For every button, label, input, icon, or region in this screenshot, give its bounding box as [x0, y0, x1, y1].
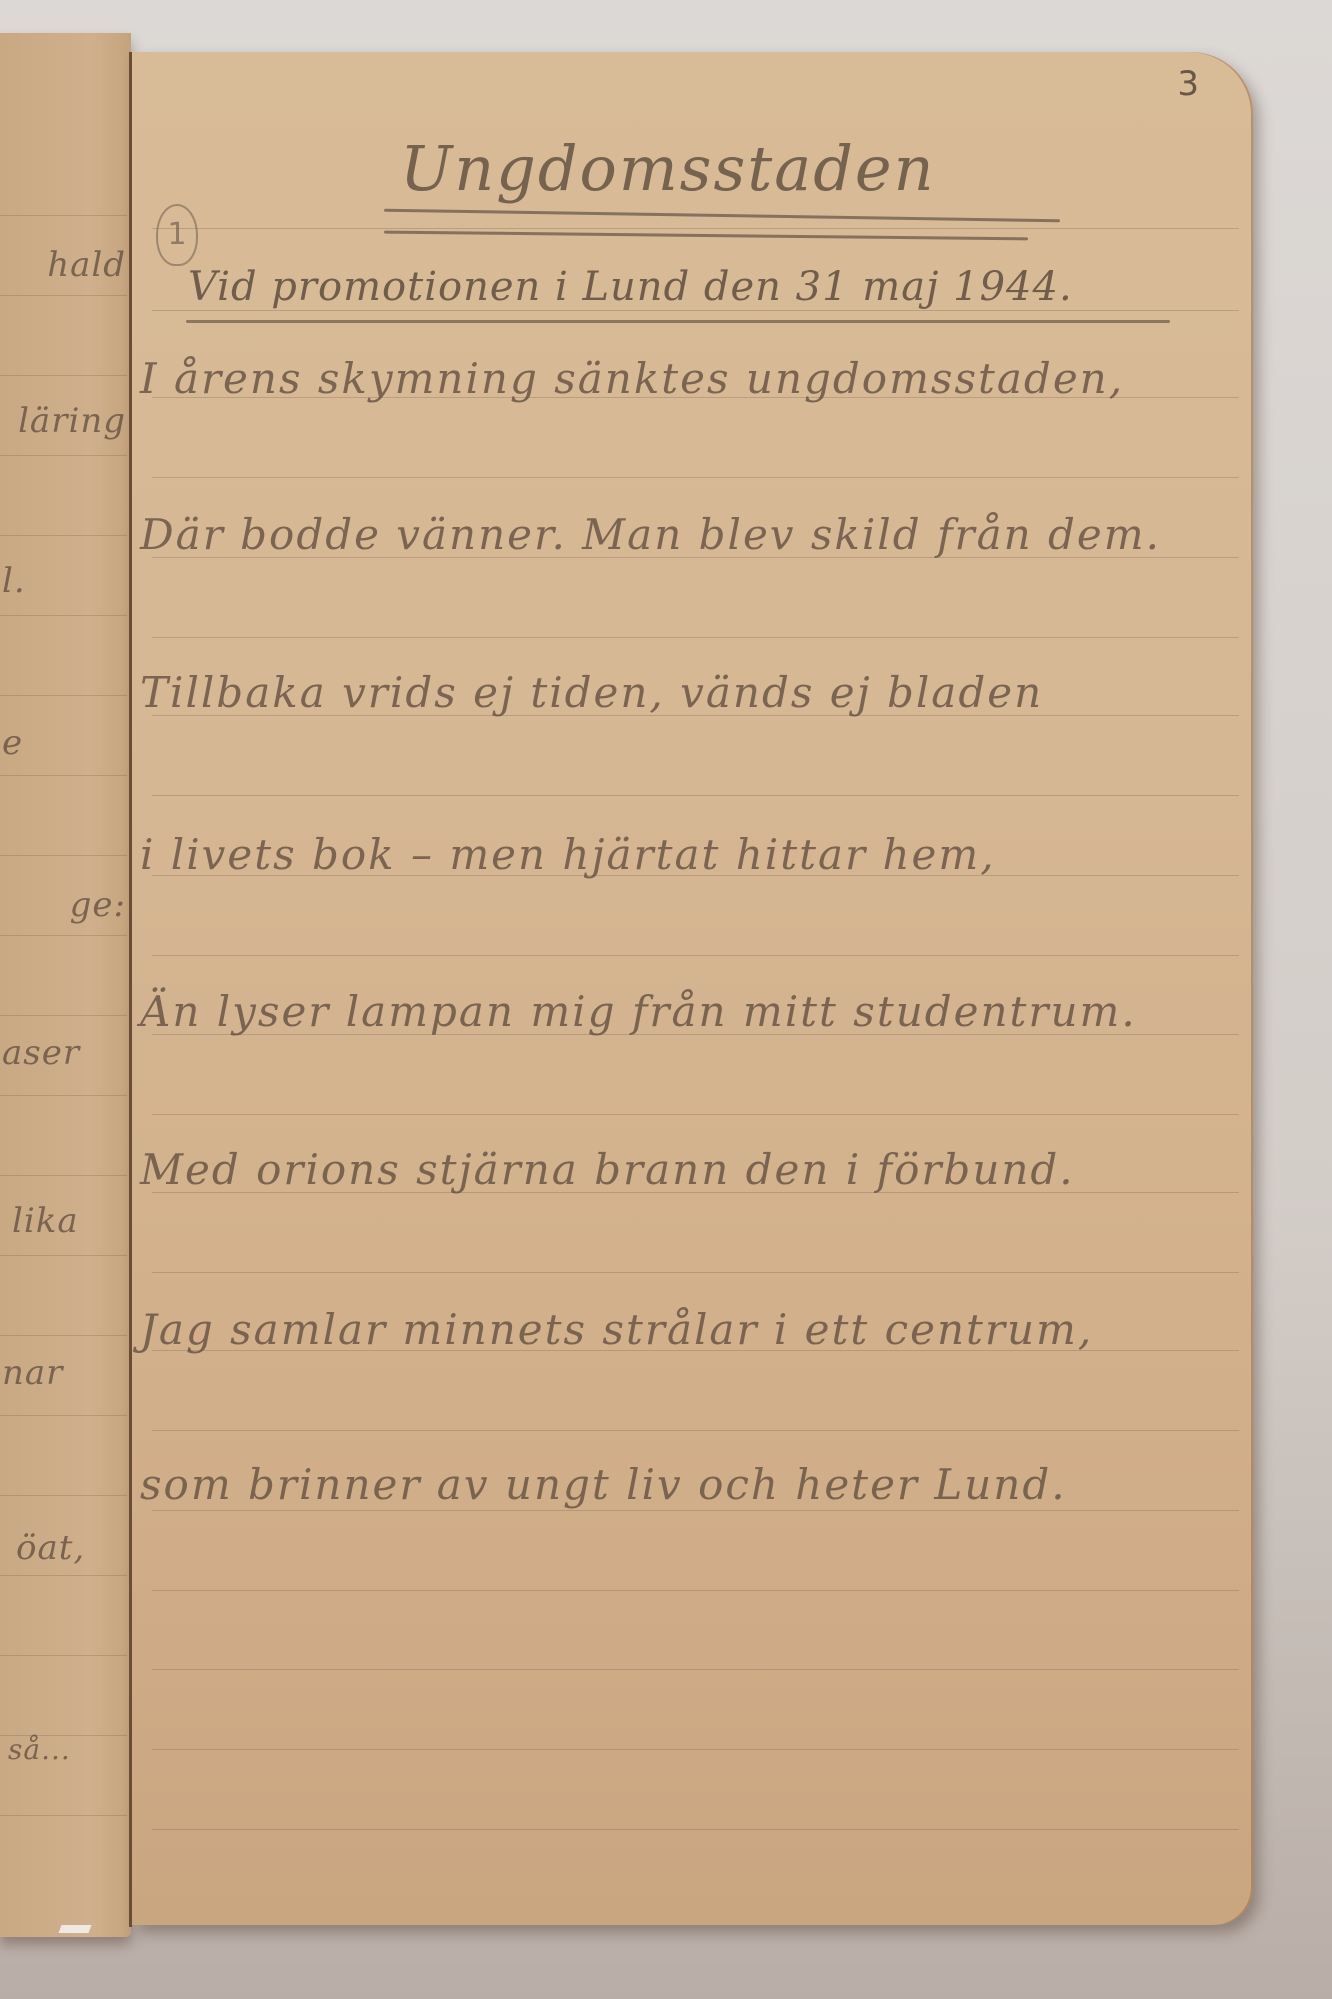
facing-page-fragment: hald [2, 245, 126, 285]
facing-page-fragment: nar [2, 1353, 126, 1393]
title-underline [384, 209, 1060, 223]
subtitle-underline [186, 320, 1170, 323]
ruled-line [152, 1590, 1239, 1591]
ruled-line [152, 637, 1239, 638]
poem-subtitle: Vid promotionen i Lund den 31 maj 1944. [188, 264, 1073, 310]
ruled-line [0, 855, 127, 856]
notebook-page: 3 Ungdomsstaden 1 Vid promotionen i Lund… [132, 52, 1253, 1925]
facing-left-page: hald läring l. e ge: aser lika nar öat, … [0, 33, 131, 1937]
ruled-line [0, 1335, 127, 1336]
section-marker: 1 [156, 204, 198, 266]
ruled-line [0, 375, 127, 376]
ruled-line [152, 1510, 1239, 1511]
paper-tab [59, 1925, 92, 1933]
ruled-line [0, 1095, 127, 1096]
verse-line: Tillbaka vrids ej tiden, vänds ej bladen [140, 668, 1043, 717]
facing-page-fragment: e [2, 723, 126, 763]
ruled-line [152, 310, 1239, 311]
ruled-line [152, 1669, 1239, 1670]
ruled-line [0, 455, 127, 456]
verse-line: I årens skymning sänktes ungdomsstaden, [140, 354, 1124, 403]
ruled-line [152, 1272, 1239, 1273]
facing-page-fragment: så... [2, 1733, 132, 1766]
ruled-line [152, 1749, 1239, 1750]
ruled-line [0, 1255, 127, 1256]
ruled-line [0, 1655, 127, 1656]
facing-page-fragment: l. [2, 561, 126, 601]
ruled-line [152, 955, 1239, 956]
ruled-line [152, 1430, 1239, 1431]
page-number: 3 [1177, 64, 1199, 104]
ruled-line [0, 535, 127, 536]
ruled-line [0, 615, 127, 616]
facing-page-fragment: aser [2, 1033, 126, 1073]
poem-title: Ungdomsstaden [400, 132, 936, 205]
ruled-line [0, 1495, 127, 1496]
ruled-line [152, 1829, 1239, 1830]
verse-line: Där bodde vänner. Man blev skild från de… [140, 510, 1161, 559]
ruled-line [0, 1015, 127, 1016]
ruled-line [152, 228, 1239, 229]
ruled-line [0, 295, 127, 296]
ruled-line [152, 477, 1239, 478]
ruled-line [152, 1114, 1239, 1115]
title-underline [384, 231, 1028, 241]
facing-page-fragment: läring [2, 401, 126, 441]
ruled-line [0, 1815, 127, 1816]
ruled-line [0, 695, 127, 696]
ruled-line [0, 215, 127, 216]
facing-page-fragment: lika [2, 1201, 136, 1241]
ruled-line [0, 1175, 127, 1176]
ruled-line [0, 1415, 127, 1416]
verse-line: i livets bok – men hjärtat hittar hem, [140, 830, 996, 879]
ruled-line [0, 935, 127, 936]
verse-line: som brinner av ungt liv och heter Lund. [140, 1460, 1067, 1509]
ruled-line [0, 775, 127, 776]
verse-line: Jag samlar minnets strålar i ett centrum… [140, 1305, 1093, 1354]
ruled-line [152, 795, 1239, 796]
ruled-line [0, 1575, 127, 1576]
facing-page-fragment: öat, [2, 1528, 140, 1568]
facing-page-fragment: ge: [2, 885, 126, 925]
verse-line: Med orions stjärna brann den i förbund. [140, 1145, 1075, 1194]
verse-line: Än lyser lampan mig från mitt studentrum… [140, 987, 1137, 1036]
